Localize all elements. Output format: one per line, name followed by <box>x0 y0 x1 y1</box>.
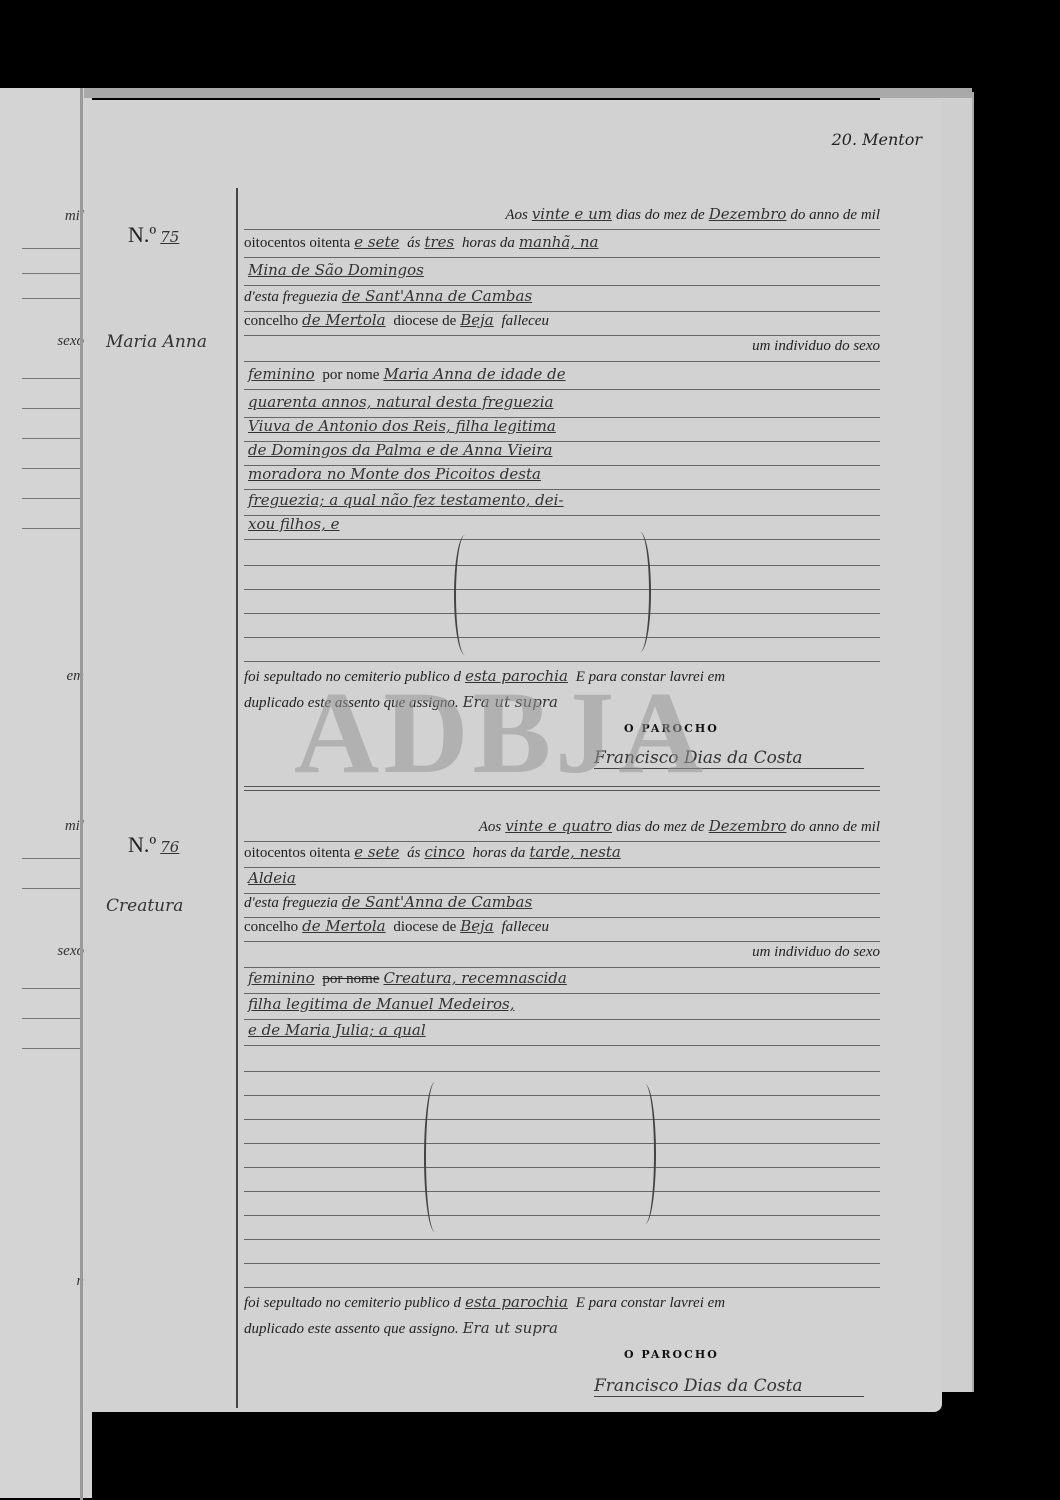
entry-line: um individuo do sexo <box>244 940 880 968</box>
entry-line: feminino por nomeCreatura, recemnascida <box>244 966 880 994</box>
void-brace-mark <box>424 1082 446 1232</box>
rule <box>22 408 82 409</box>
entry-line: concelhode Mertola diocese deBeja fallec… <box>244 914 880 942</box>
entry-line: e de Maria Julia; a qual <box>244 1018 880 1046</box>
rule <box>22 888 82 889</box>
blank-line <box>244 634 880 662</box>
entry-number: N.º76 <box>128 832 183 858</box>
void-brace-mark <box>634 1084 656 1224</box>
entry-line: xou filhos, e <box>244 512 880 540</box>
entry-line: concelhode Mertola diocese deBeja fallec… <box>244 308 880 336</box>
rule <box>22 378 82 379</box>
entry-line: feminino por nomeMaria Anna de idade de <box>244 362 880 390</box>
entry-number: N.º75 <box>128 222 183 248</box>
entry-line: oitocentos oitentae sete áscinco horas d… <box>244 840 880 868</box>
entry-line: um individuo do sexo <box>244 334 880 362</box>
rule <box>22 858 82 859</box>
signature-title: O PAROCHO <box>624 722 719 735</box>
blank-line <box>244 1260 880 1288</box>
burial-line: foi sepultado no cemiterio publico desta… <box>244 1290 880 1317</box>
entry-line: filha legitima de Manuel Medeiros, <box>244 992 880 1020</box>
rule <box>22 988 82 989</box>
entry-line: moradora no Monte dos Picoitos desta <box>244 462 880 490</box>
rule <box>22 1018 82 1019</box>
rule <box>22 248 82 249</box>
register-page: 20. Mentor N.º75 Maria Anna Aosvinte e u… <box>84 100 942 1412</box>
rule <box>22 438 82 439</box>
void-brace-mark <box>629 532 651 652</box>
closing-line: duplicado este assento que assigno.Era u… <box>244 1316 880 1343</box>
margin-name: Maria Anna <box>106 330 216 354</box>
priest-signature: Francisco Dias da Costa <box>594 1376 864 1397</box>
left-page-fragment: mil sexo em mil sexo n <box>0 88 92 1498</box>
rule <box>22 298 82 299</box>
signature-title: O PAROCHO <box>624 1348 719 1361</box>
margin-rule <box>236 188 238 1408</box>
entry-line: oitocentos oitentae sete ástres horas da… <box>244 230 880 258</box>
corner-note: 20. Mentor <box>832 130 922 149</box>
void-brace-mark <box>454 535 476 655</box>
burial-line: foi sepultado no cemiterio publico desta… <box>244 664 880 691</box>
entry-line: Mina de São Domingos <box>244 258 880 286</box>
priest-signature: Francisco Dias da Costa <box>594 748 864 769</box>
margin-name: Creatura <box>106 894 216 918</box>
page-top-edge <box>84 88 972 98</box>
rule <box>22 273 82 274</box>
rule <box>22 498 82 499</box>
entry-line: Aosvinte e quatrodias do mez deDezembrod… <box>244 814 880 842</box>
entry-line: Aosvinte e umdias do mez deDezembrodo an… <box>244 202 880 230</box>
entry-divider <box>244 786 880 791</box>
rule <box>22 468 82 469</box>
rule <box>22 1048 82 1049</box>
closing-line: duplicado este assento que assigno.Era u… <box>244 690 880 717</box>
book-spine <box>80 88 83 1500</box>
rule <box>22 528 82 529</box>
